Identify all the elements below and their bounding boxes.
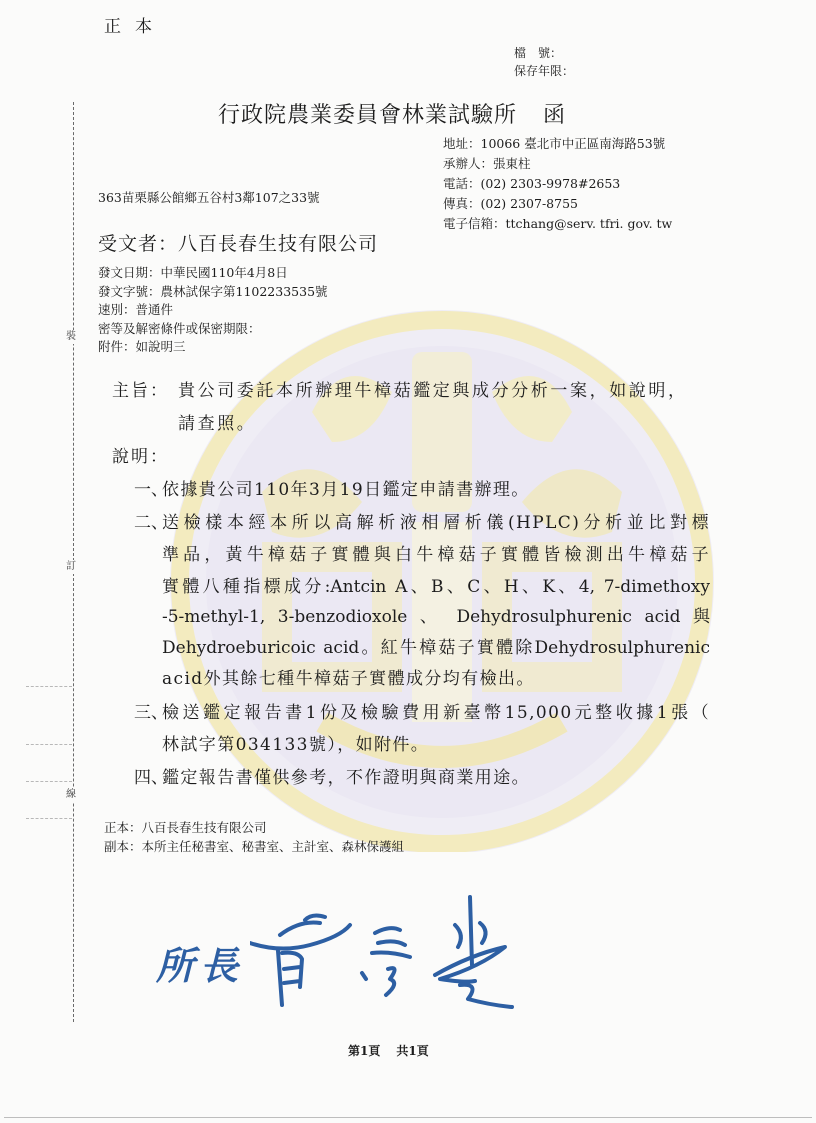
- binding-mark-ding: 訂: [66, 560, 76, 574]
- contact-address: 地址：10066 臺北市中正區南海路53號: [443, 134, 672, 154]
- classification: 密等及解密條件或保密期限：: [98, 320, 328, 339]
- contact-block: 地址：10066 臺北市中正區南海路53號 承辦人：張東柱 電話：(02) 23…: [443, 134, 672, 234]
- item-2-line-2: 準品，黃牛樟菇子實體與白牛樟菇子實體皆檢測出牛樟菇子: [162, 540, 710, 565]
- binding-mark-zhuang: 裝: [66, 330, 76, 344]
- explanation-label: 說明：: [112, 442, 169, 467]
- contact-phone: 電話：(02) 2303-9978#2653: [443, 174, 672, 194]
- doc-number: 發文字號：農林試保字第1102233535號: [98, 283, 328, 302]
- item-3-line-2: 林試字第034133號），如附件。: [162, 730, 429, 755]
- subject-label: 主旨：: [112, 376, 169, 401]
- archive-number-label: 檔 號：: [514, 44, 562, 62]
- attachment: 附件：如說明三: [98, 338, 328, 357]
- subject-line-1: 貴公司委託本所辦理牛樟菇鑑定與成分分析一案，如說明，: [178, 376, 688, 401]
- contact-handler: 承辦人：張東柱: [443, 154, 672, 174]
- page-total: 共1頁: [396, 1044, 428, 1058]
- margin-tick: [26, 818, 72, 819]
- binding-mark-xian: 線: [66, 788, 76, 802]
- distribution-copies: 副本：本所主任秘書室、秘書室、主計室、森林保護組: [104, 837, 404, 856]
- contact-email: 電子信箱：ttchang@serv. tfri. gov. tw: [443, 214, 672, 234]
- page-bottom-edge: [4, 1117, 812, 1118]
- recipient: 受文者：八百長春生技有限公司: [98, 229, 378, 256]
- item-1-line-1: 依據貴公司110年3月19日鑑定申請書辦理。: [162, 475, 530, 500]
- margin-tick: [26, 686, 72, 687]
- distribution-original: 正本：八百長春生技有限公司: [104, 818, 404, 837]
- meta-block: 發文日期：中華民國110年4月8日 發文字號：農林試保字第1102233535號…: [98, 264, 328, 357]
- signatory-title: 所長: [156, 935, 244, 990]
- margin-tick: [26, 744, 72, 745]
- page-number: 第1頁: [348, 1044, 380, 1058]
- item-2-line-6: acid外其餘七種牛樟菇子實體成分均有檢出。: [162, 664, 535, 689]
- distribution-block: 正本：八百長春生技有限公司 副本：本所主任秘書室、秘書室、主計室、森林保護組: [104, 818, 404, 856]
- copy-type-label: 正本: [104, 12, 166, 37]
- retention-period-label: 保存年限：: [514, 62, 574, 80]
- item-2-line-1: 送檢樣本經本所以高解析液相層析儀(HPLC)分析並比對標: [162, 508, 710, 533]
- document-title: 行政院農業委員會林業試驗所函: [218, 98, 566, 129]
- contact-fax: 傳真：(02) 2307-8755: [443, 194, 672, 214]
- item-2-line-4: -5-methyl-1, 3-benzodioxole 、 Dehydrosul…: [162, 602, 710, 627]
- doc-kind: 函: [543, 103, 566, 128]
- subject-line-2: 請查照。: [178, 409, 256, 434]
- signature-icon: [250, 895, 530, 1015]
- priority: 速別：普通件: [98, 301, 328, 320]
- recipient-address: 363苗栗縣公館鄉五谷村3鄰107之33號: [98, 188, 320, 206]
- issue-date: 發文日期：中華民國110年4月8日: [98, 264, 328, 283]
- item-2-line-3: 實體八種指標成分:Antcin A、B、C、H、K、4, 7-dimethoxy: [162, 572, 710, 597]
- margin-tick: [26, 781, 72, 782]
- page-indicator: 第1頁共1頁: [348, 1042, 429, 1059]
- item-3-line-1: 檢送鑑定報告書1份及檢驗費用新臺幣15,000元整收據1張（: [162, 698, 710, 723]
- item-4-line-1: 鑑定報告書僅供參考，不作證明與商業用途。: [162, 763, 530, 788]
- item-2-line-5: Dehydroeburicoic acid。紅牛樟菇子實體除Dehydrosul…: [162, 633, 710, 658]
- org-title: 行政院農業委員會林業試驗所: [218, 103, 517, 128]
